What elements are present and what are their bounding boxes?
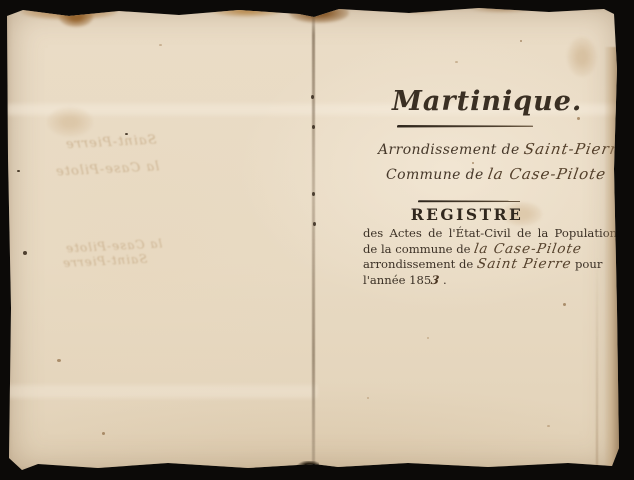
commune-printed-label: Commune de [386,167,484,183]
gutter-speck [312,192,315,196]
territory-title: Martinique. [392,86,552,117]
registre-overline-rule [418,200,520,203]
title-underline-rule [397,125,533,128]
register-heading: REGISTRE [392,205,542,224]
page-fore-edge [604,47,620,472]
ghost-handwriting-line: Saint-Pierre [62,252,148,270]
description-line-3: arrondissement de Saint Pierre pour [363,257,573,273]
line3-printed-tail: pour [575,257,602,271]
year-printed: l'année 185 [363,273,431,287]
line3-handwritten-arrondissement: Saint Pierre [476,257,573,273]
paper-speck [520,40,522,42]
line3-printed: arrondissement de [363,257,473,271]
paper-speck [102,432,105,435]
description-line-2: de la commune de la Case-Pilote [363,242,573,258]
paper-speck [367,397,369,399]
paper-stain [289,3,349,23]
arrondissement-line: Arrondissement de Saint-Pierre [378,140,628,158]
paper-stain [567,37,597,77]
paper-speck [159,44,162,46]
paper-stain [47,107,93,137]
ghost-handwriting-line: la Case-Pilote [55,159,160,179]
year-handwritten-digit: 3 [430,273,440,289]
commune-line: Commune de la Case-Pilote [386,165,606,183]
year-period: . [443,273,447,287]
gutter-speck [313,222,316,226]
paper-stain [59,7,93,27]
page-gutter-fold [312,7,315,472]
arrondissement-printed-label: Arrondissement de [378,142,520,158]
paper-stain [472,4,532,13]
commune-handwritten-name: la Case-Pilote [487,165,608,183]
description-line-1: des Actes de l'État-Civil de la Populati… [363,226,573,242]
line2-handwritten-commune: la Case-Pilote [473,242,583,258]
description-line-4-year: l'année 1853 . [363,273,573,289]
scanned-register-image: Saint-Pierre la Case-Pilote la Case-Pilo… [0,0,634,480]
paper-stain [212,5,282,17]
gutter-shadow [295,461,319,472]
paper-speck [17,170,20,172]
paper-speck [427,337,429,339]
paper-speck [23,251,27,255]
gutter-speck [311,95,314,99]
paper-speck [455,61,458,63]
paper-speck [547,425,550,427]
paper-speck [577,117,580,120]
paper-crease [7,385,317,398]
edge-crease [596,257,598,472]
paper-stain [397,4,443,14]
gutter-speck [312,125,315,129]
paper-speck [563,303,566,306]
paper-speck [472,162,474,164]
line2-printed: de la commune de [363,242,471,256]
book-page-spread: Saint-Pierre la Case-Pilote la Case-Pilo… [7,7,620,472]
paper-speck [57,359,61,362]
register-description: des Actes de l'État-Civil de la Populati… [363,226,573,288]
